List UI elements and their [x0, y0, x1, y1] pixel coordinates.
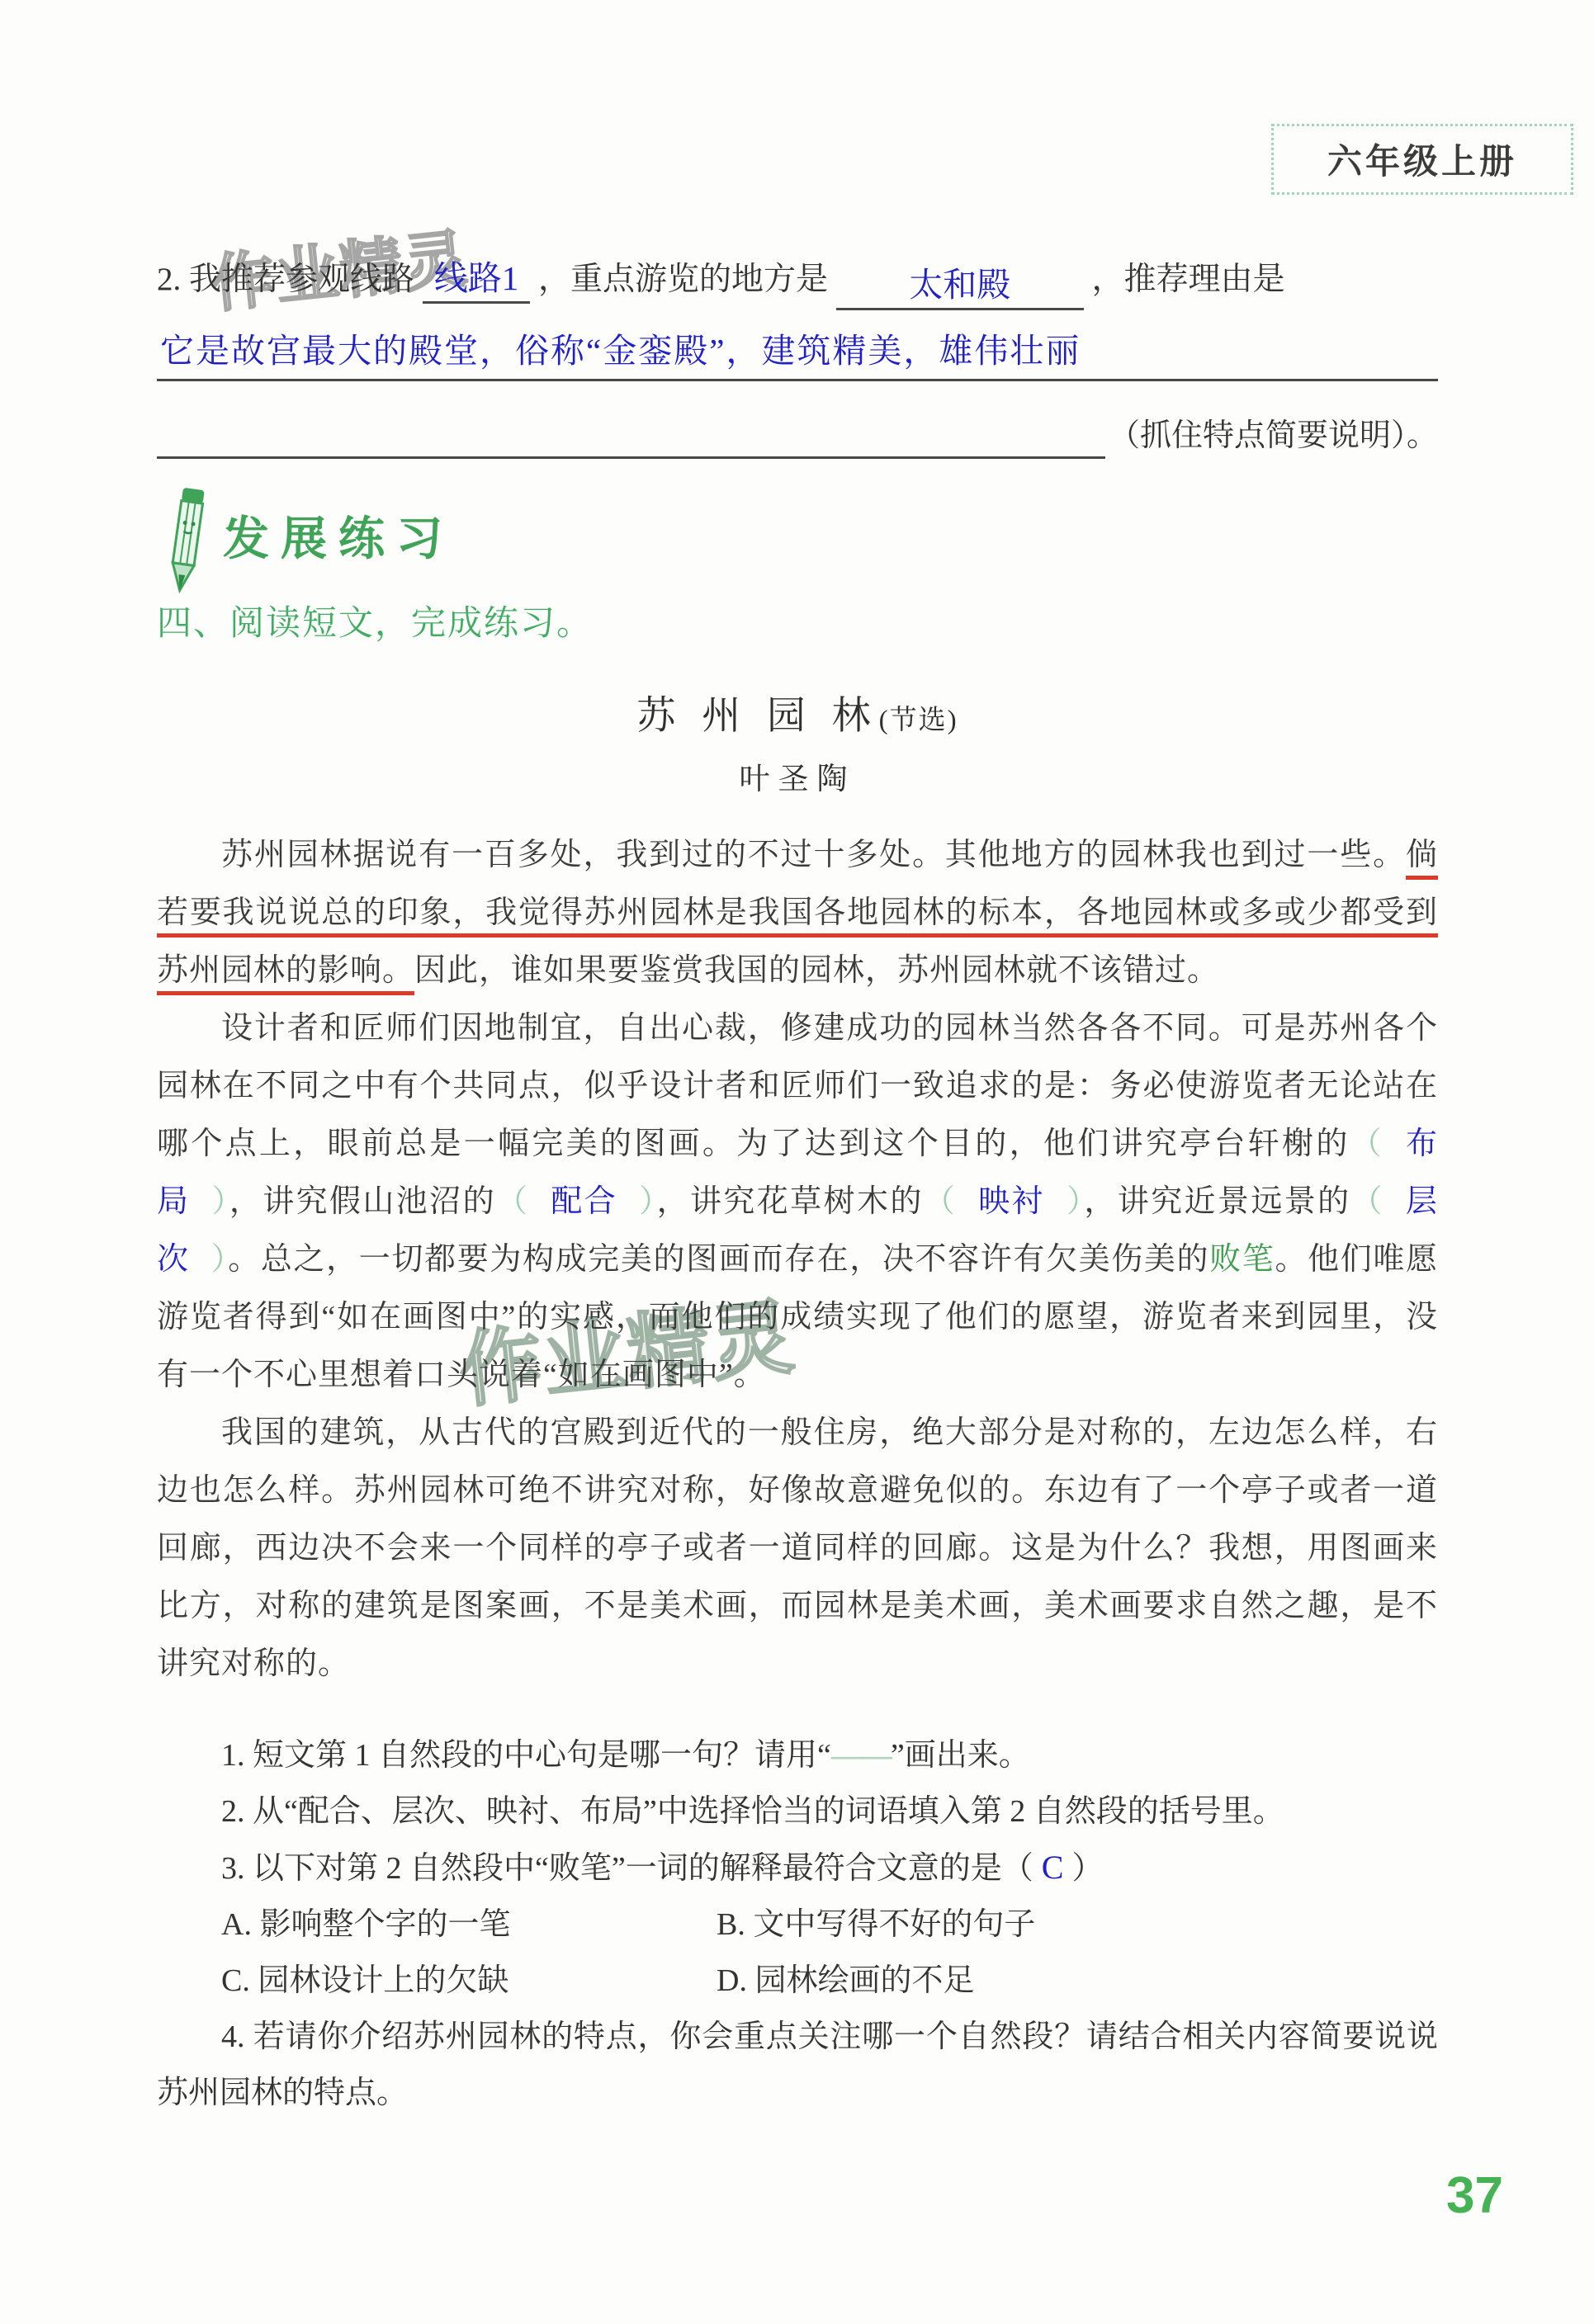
- pencil-icon: [162, 477, 213, 594]
- passage-paragraph-1: 苏州园林据说有一百多处，我到过的不过十多处。其他地方的园林我也到过一些。倘若要我…: [157, 826, 1438, 999]
- section-title: 发展练习: [223, 503, 454, 569]
- passage-author: 叶圣陶: [157, 753, 1438, 798]
- question-1: 1. 短文第 1 自然段的中心句是哪一句？请用“——”画出来。: [157, 1727, 1438, 1783]
- p2-answer-2: 配合: [529, 1184, 639, 1219]
- q3-text-end: ）: [1071, 1851, 1103, 1886]
- answer-blank-route: 线路1: [423, 258, 531, 304]
- p1-pre: 苏州园林据说有一百多处，我到过的不过十多处。其他地方的园林我也到过一些。: [221, 838, 1406, 872]
- section-instruction: 四、阅读短文，完成练习。: [157, 596, 1438, 645]
- exercise-2-line: 2. 我推荐参观线路 线路1 ，重点游览的地方是 太和殿 ，推荐理由是: [157, 246, 1438, 314]
- p2-paren: （: [924, 1184, 957, 1219]
- q3-text: 3. 以下对第 2 自然段中“败笔”一词的解释最符合文意的是（: [221, 1851, 1033, 1886]
- option-c: C. 园林设计上的欠缺: [221, 1953, 717, 2009]
- p2-paren: （: [1350, 1127, 1384, 1161]
- p2-s5: 。总之，一切都要为构成完美的图画而存在，决不容许有欠美伤美的: [228, 1242, 1209, 1277]
- p2-s2: ，讲究假山池沼的: [229, 1184, 496, 1219]
- question-3: 3. 以下对第 2 自然段中“败笔”一词的解释最符合文意的是（C）: [157, 1840, 1438, 1897]
- options-row-cd: C. 园林设计上的欠缺 D. 园林绘画的不足: [157, 1953, 1438, 2009]
- p2-paren: （: [1351, 1184, 1384, 1219]
- blank-line-with-note: （抓住特点简要说明）。: [157, 413, 1438, 459]
- p1-post: 因此，谁如果要鉴赏我国的园林，苏州园林就不该错过。: [414, 953, 1219, 988]
- hint-note: （抓住特点简要说明）。: [1109, 413, 1438, 459]
- exercise-2-mid: ，重点游览的地方是: [538, 262, 828, 297]
- answer-blank-line: [157, 413, 1105, 459]
- p2-s3: ，讲究花草树木的: [657, 1184, 924, 1219]
- p2-paren: ）: [639, 1184, 656, 1219]
- exercise-2-tail: ，推荐理由是: [1092, 262, 1285, 297]
- p2-paren: ）: [1067, 1184, 1084, 1219]
- options-row-ab: A. 影响整个字的一笔 B. 文中写得不好的句子: [157, 1897, 1438, 1953]
- q1-text: 1. 短文第 1 自然段的中心句是哪一句？请用“: [221, 1738, 831, 1773]
- p2-s4: ，讲究近景远景的: [1084, 1184, 1350, 1219]
- question-list: 1. 短文第 1 自然段的中心句是哪一句？请用“——”画出来。 2. 从“配合、…: [157, 1727, 1438, 2121]
- p2-paren: ）: [211, 1242, 229, 1277]
- option-d: D. 园林绘画的不足: [717, 1953, 974, 2009]
- passage-title-text: 苏 州 园 林: [636, 695, 878, 738]
- answer-line-reason: 它是故宫最大的殿堂，俗称“金銮殿”，建筑精美，雄伟壮丽: [157, 317, 1438, 381]
- p2-s1: 设计者和匠师们因地制宜，自出心裁，修建成功的园林当然各各不同。可是苏州各个园林在…: [157, 1011, 1438, 1161]
- answer-blank-place: 太和殿: [836, 265, 1084, 310]
- option-a: A. 影响整个字的一笔: [221, 1897, 717, 1953]
- exercise-2-lead: 2. 我推荐参观线路: [157, 262, 414, 297]
- p2-term-highlight: 败笔: [1209, 1242, 1275, 1277]
- workbook-page: 六年级上册 作业精灵 作业精灵 2. 我推荐参观线路 线路1 ，重点游览的地方是…: [0, 0, 1594, 2324]
- q3-answer: C: [1033, 1849, 1072, 1886]
- question-4: 4. 若请你介绍苏州园林的特点，你会重点关注哪一个自然段？请结合相关内容简要说说…: [157, 2009, 1438, 2121]
- p2-answer-3: 映衬: [957, 1184, 1067, 1219]
- q1-dash: ——: [831, 1738, 891, 1773]
- passage-title-note: (节选): [879, 706, 958, 735]
- question-2: 2. 从“配合、层次、映衬、布局”中选择恰当的词语填入第 2 自然段的括号里。: [157, 1783, 1438, 1840]
- section-header: 发展练习: [157, 477, 1438, 594]
- passage-paragraph-2: 设计者和匠师们因地制宜，自出心裁，修建成功的园林当然各各不同。可是苏州各个园林在…: [157, 999, 1438, 1404]
- page-number: 37: [1446, 2166, 1503, 2225]
- p2-paren: ）: [211, 1184, 229, 1219]
- p2-paren: （: [496, 1184, 529, 1219]
- option-b: B. 文中写得不好的句子: [717, 1897, 1035, 1953]
- passage-paragraph-3: 我国的建筑，从古代的宫殿到近代的一般住房，绝大部分是对称的，左边怎么样，右边也怎…: [157, 1404, 1438, 1693]
- passage-title: 苏 州 园 林(节选): [157, 685, 1438, 740]
- page-content: 2. 我推荐参观线路 线路1 ，重点游览的地方是 太和殿 ，推荐理由是 它是故宫…: [157, 0, 1438, 2121]
- q1-text-end: ”画出来。: [891, 1738, 1030, 1773]
